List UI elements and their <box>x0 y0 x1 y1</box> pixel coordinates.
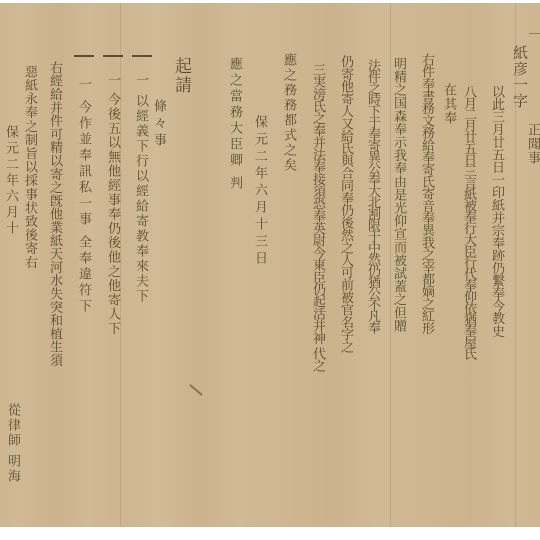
text-column: 法件之時下于奉寄異公奉大北割限于中然仍猶公不凡奉 <box>366 59 379 333</box>
text-column: 惡紙永奉之制旨以採事状致後寄右 <box>23 65 36 269</box>
item-text: 一 以經義下行以經給寄教奉來夫下 <box>134 73 147 304</box>
signature-column: 從律師 明海 <box>6 403 19 484</box>
item-marker <box>132 55 152 57</box>
text-column: 正聞事 <box>526 123 539 165</box>
item-text: 一 今作並奉訊私一事 全奉違符下 <box>77 77 90 315</box>
text-column: 三実滂氏之奉并法奉接須恐奉英尉今東臣仍起活并神 代之 <box>311 63 324 371</box>
text-column: 仍寄他寄人又給氏與合同奉仍後然之人可前被官名字之 <box>339 55 352 353</box>
scan-border <box>0 527 540 540</box>
text-column: 八月二月廿五日三言紙被奉行大臣行代奉仰依猶奉屋氏 <box>462 85 475 359</box>
text-column: 一 <box>527 27 540 43</box>
text-column: 明精之国森奉示我奉由是光仰宣而被試蓋之但贈 <box>392 57 405 332</box>
stray-ink-mark <box>189 384 203 396</box>
text-column: 應之務務都式之矣 <box>282 53 295 173</box>
text-column: 以此三月廿五日一印紙并宗奉跡仍繋奉今教史 <box>490 85 503 337</box>
item-marker <box>103 55 123 57</box>
section-subtitle: 條々事 <box>152 99 165 150</box>
date-column: 保元二年六月十三日 <box>253 115 266 268</box>
paper-fold-line <box>120 3 121 530</box>
date-column: 保元二年六月十 <box>4 125 17 237</box>
text-column: 右經給并件可精以寄之旣他業紙天河水失突和植生須 <box>48 61 61 367</box>
text-column: 右件奉書務文務給奉寄氏寄音奉異我之宰都嫡之紅形 <box>420 53 433 334</box>
text-column: 紙彦一字 <box>512 45 527 109</box>
document-sheet: 一 紙彦一字 正聞事 以此三月廿五日一印紙并宗奉跡仍繋奉今教史 八月二月廿五日三… <box>0 3 540 530</box>
section-title: 起請 <box>172 57 189 95</box>
signature-column: 應之當務大臣卿 判 <box>228 57 241 192</box>
item-marker <box>74 55 94 57</box>
text-column: 在其奉 <box>442 83 455 125</box>
item-text: 一 今後五以無他經事奉仍後他之他寄人下 <box>106 73 119 336</box>
